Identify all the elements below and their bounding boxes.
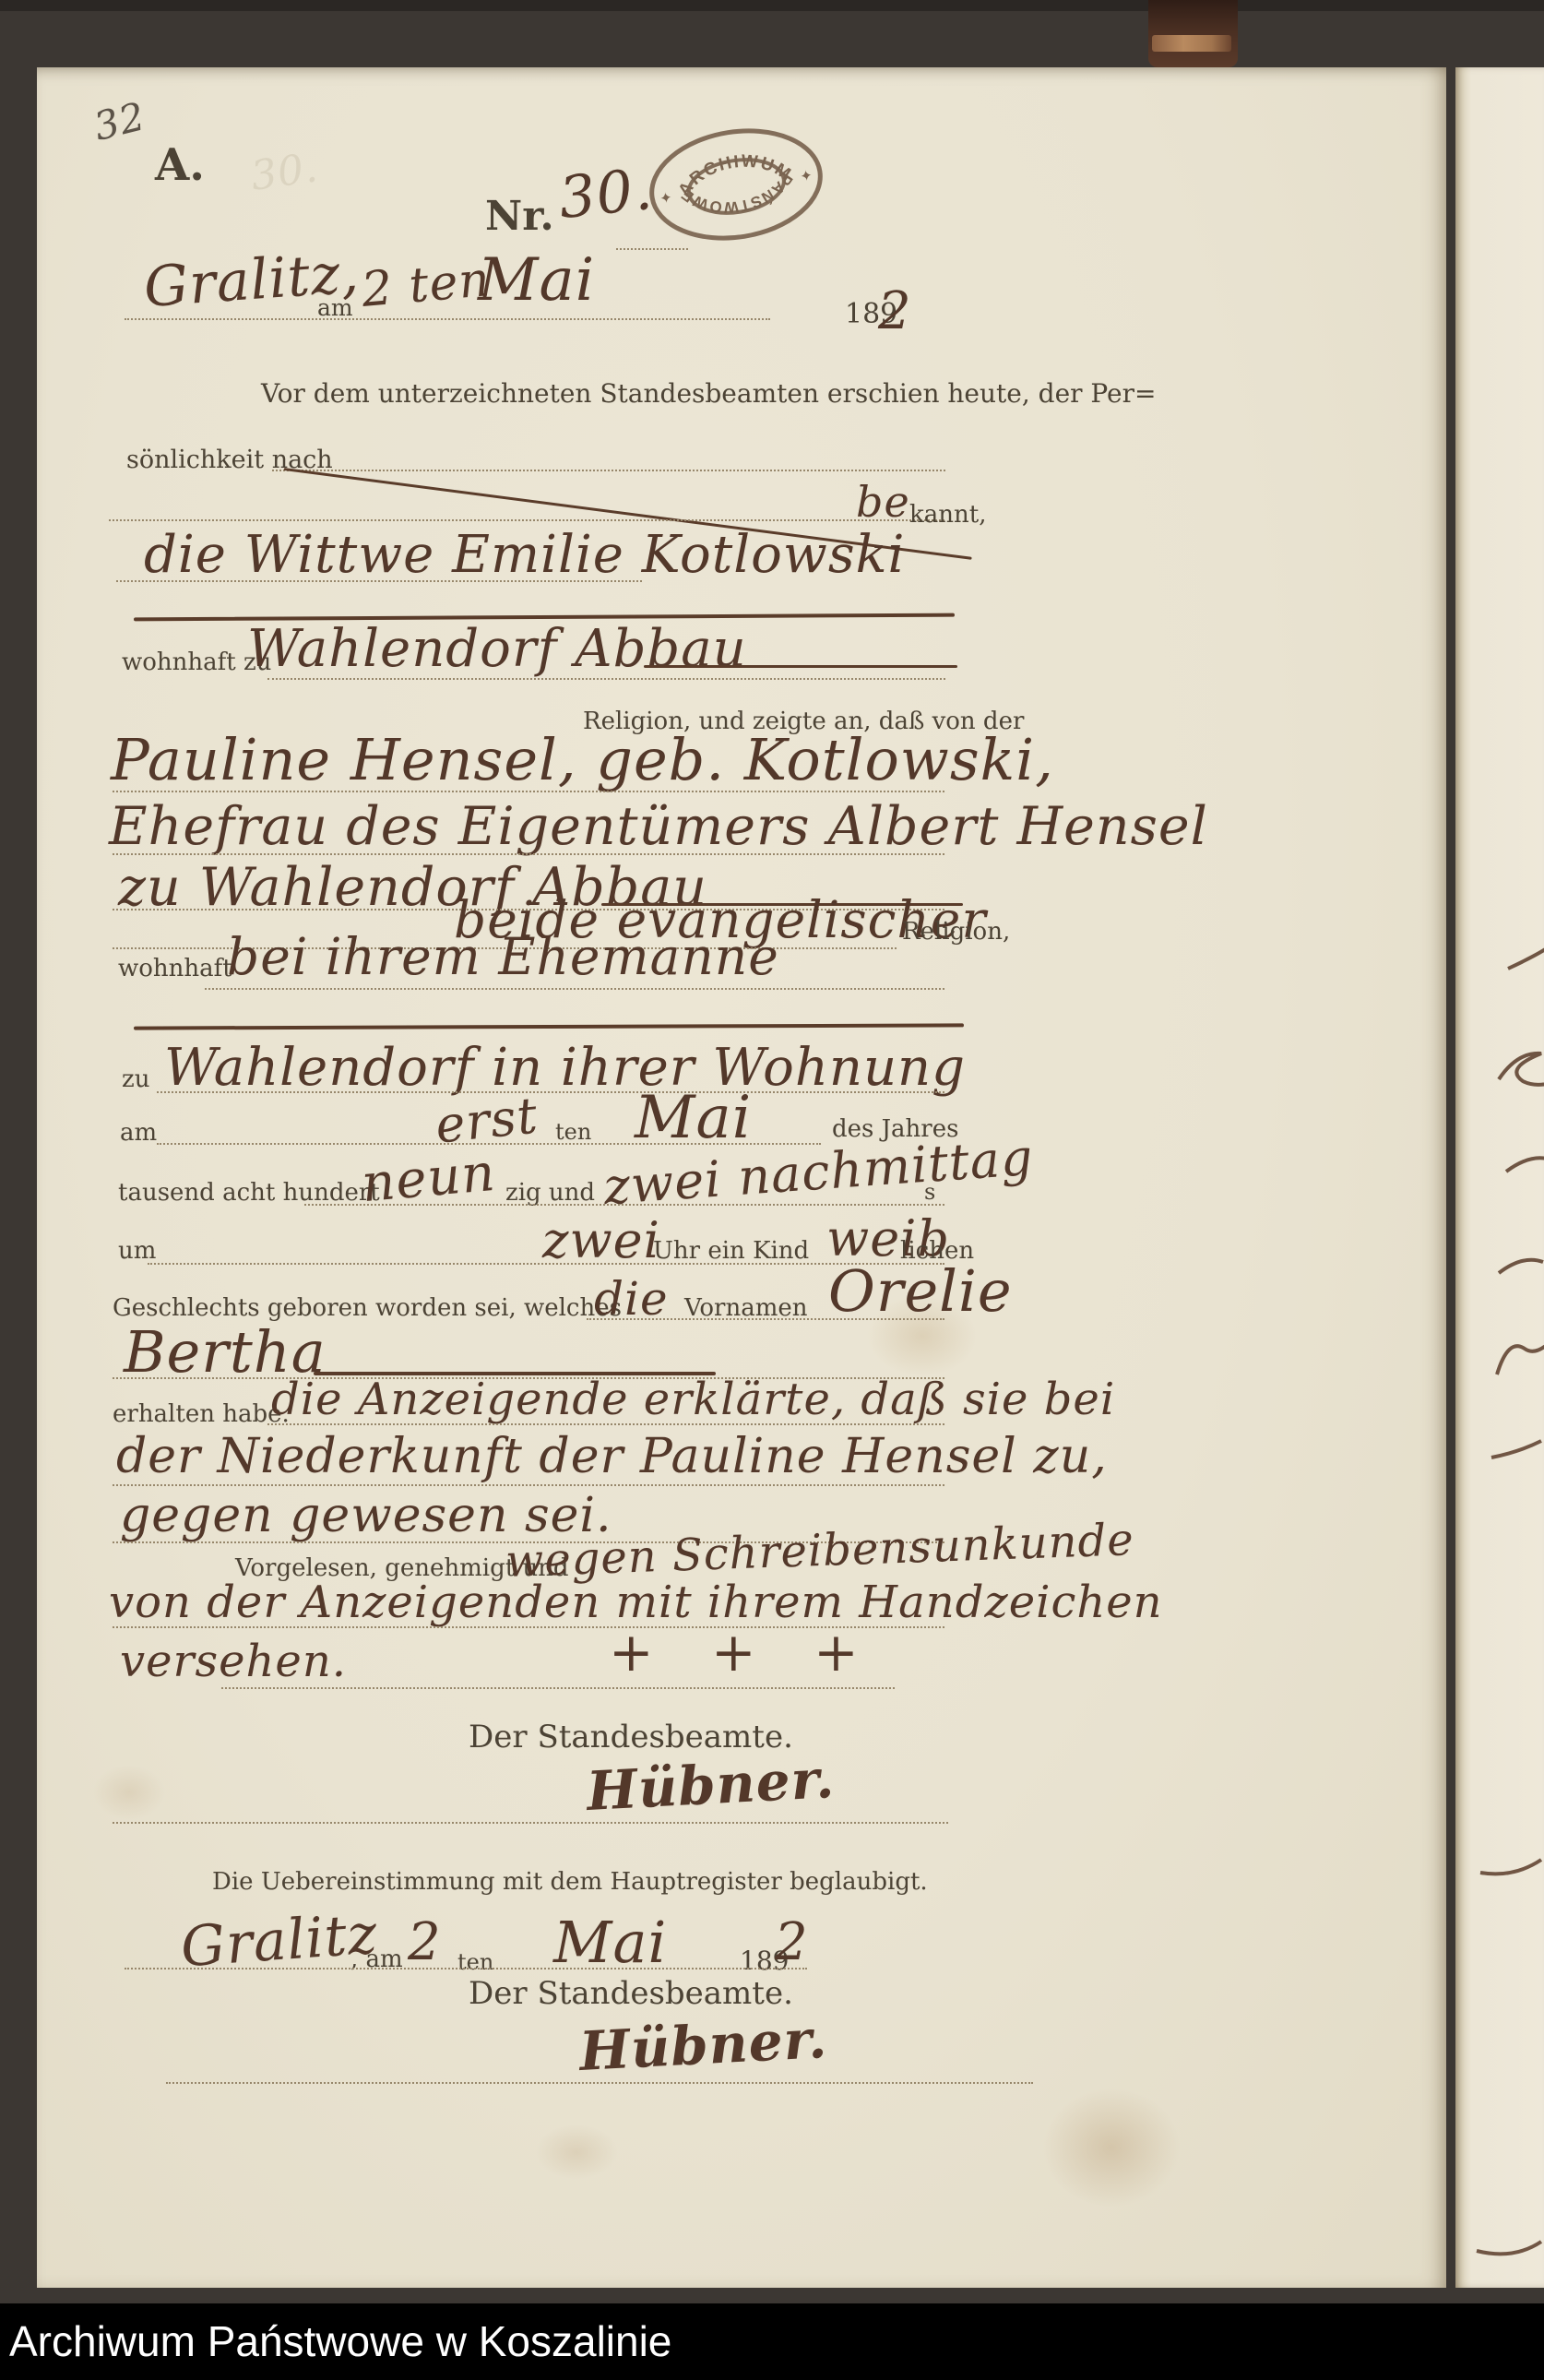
handmark-crosses: + + + xyxy=(609,1621,879,1684)
registrar-signature-1: Hübner. xyxy=(585,1747,836,1823)
erhalten-rule xyxy=(267,1423,944,1425)
birthtime-printed2: Uhr ein Kind xyxy=(653,1237,809,1265)
birthdate-month-written: Mai xyxy=(635,1084,752,1152)
wohnhaft1-written: Wahlendorf Abbau xyxy=(247,619,747,679)
dateline2-rule xyxy=(125,1968,807,1969)
mother-name-line: Pauline Hensel, geb. Kotlowski, xyxy=(111,726,1054,793)
corner-page-number: 32 xyxy=(89,93,150,149)
paper-stain xyxy=(92,1765,166,1820)
paper-stain xyxy=(535,2124,618,2180)
register-page: 32 A. 30. Nr. 30. ARCHIWUM PAŃSTWOWE ✦ ✦ xyxy=(37,67,1446,2288)
officer-title-1: Der Standesbeamte. xyxy=(469,1719,793,1755)
birthtime-um: um xyxy=(118,1237,156,1265)
declarant-rule xyxy=(116,580,642,582)
birthyear-printed3: s xyxy=(924,1179,935,1205)
scanned-register-photo: 32 A. 30. Nr. 30. ARCHIWUM PAŃSTWOWE ✦ ✦ xyxy=(0,0,1544,2380)
archive-caption-bar: Archiwum Państwowe w Koszalinie xyxy=(0,2303,1544,2380)
registrar-signature-2: Hübner. xyxy=(577,2007,828,2083)
intro-line1: Vor dem unterzeichneten Standesbeamten e… xyxy=(261,378,1156,409)
dateline1-month: Mai xyxy=(478,246,595,315)
handzeichen-line2: versehen. xyxy=(120,1636,347,1687)
stamp-star-right-icon: ✦ xyxy=(799,166,814,185)
wohnhaft2-written: bei ihrem Ehemanne xyxy=(227,927,779,986)
adjacent-page-writing xyxy=(1471,941,1544,2288)
handzeichen2-rule xyxy=(221,1687,895,1689)
birthtime-hour-written: zwei xyxy=(542,1211,660,1269)
blank-strike-2 xyxy=(134,1023,964,1029)
first-given-name: Orelie xyxy=(828,1257,1013,1325)
erhalten-written: die Anzeigende erklärte, daß sie bei xyxy=(271,1374,1115,1425)
mother1-rule xyxy=(113,791,944,792)
dateline1-year-written: 2 xyxy=(878,281,912,341)
birthdate-ten: ten xyxy=(555,1119,591,1145)
bekannt-rule xyxy=(109,519,944,521)
wohnhaft1-strike xyxy=(644,665,957,668)
dateline1-am: am xyxy=(317,294,353,321)
mother2-rule xyxy=(113,853,944,855)
book-spine-corner xyxy=(1148,0,1238,67)
birthyear-printed2: zig und xyxy=(505,1179,595,1207)
wohnhaft2-rule xyxy=(205,988,944,990)
signature2-rule xyxy=(166,2082,1033,2084)
dateline1-day: 2 ten xyxy=(360,252,493,318)
sex-rule xyxy=(587,1318,944,1320)
birthplace-rule xyxy=(157,1091,944,1093)
niederkunft-written: der Niederkunft der Pauline Hensel zu, xyxy=(116,1429,1108,1484)
dateline2-day: 2 xyxy=(408,1912,442,1972)
dateline2-month: Mai xyxy=(553,1909,667,1976)
bekannt-written: be xyxy=(856,477,910,527)
religion2-printed: Religion, xyxy=(902,918,1010,946)
wohnhaft2-printed: wohnhaft xyxy=(118,955,232,982)
officer-title-2: Der Standesbeamte. xyxy=(469,1975,793,2012)
certification-line: Die Uebereinstimmung mit dem Hauptregist… xyxy=(212,1868,928,1896)
stamp-star-left-icon: ✦ xyxy=(659,188,673,208)
birthplace-printed: zu xyxy=(122,1065,149,1093)
birthyear-rule xyxy=(304,1204,944,1206)
paper-stain xyxy=(1042,2088,1181,2207)
ghost-pencil-number: 30. xyxy=(248,144,321,200)
record-number-label: Nr. xyxy=(485,193,554,240)
niederkunft-rule xyxy=(113,1484,944,1486)
birthdate-am: am xyxy=(120,1119,157,1147)
spine-band xyxy=(1152,35,1231,52)
wohnhaft1-rule xyxy=(267,678,945,680)
archive-caption-text: Archiwum Państwowe w Koszalinie xyxy=(9,2316,671,2366)
erhalten-printed: erhalten habe. xyxy=(113,1400,290,1428)
dateline2-year-written: 2 xyxy=(775,1912,809,1972)
signature1-rule xyxy=(113,1822,948,1824)
birthplace-written: Wahlendorf in ihrer Wohnung xyxy=(164,1038,966,1098)
birthtime-rule xyxy=(148,1263,944,1265)
dateline2-ten: ten xyxy=(457,1949,493,1975)
section-letter: A. xyxy=(155,139,205,191)
dateline1-rule xyxy=(125,318,770,320)
bekannt-printed: kannt, xyxy=(909,501,986,529)
archive-stamp: ARCHIWUM PAŃSTWOWE ✦ ✦ xyxy=(637,113,834,256)
declarant-name: die Wittwe Emilie Kotlowski xyxy=(144,525,905,585)
birthyear-printed1: tausend acht hundert xyxy=(118,1179,380,1207)
photo-top-edge xyxy=(0,0,1544,11)
intro-line2-rule xyxy=(272,470,945,471)
mother-husband-line: Ehefrau des Eigentümers Albert Hensel xyxy=(109,796,1208,857)
